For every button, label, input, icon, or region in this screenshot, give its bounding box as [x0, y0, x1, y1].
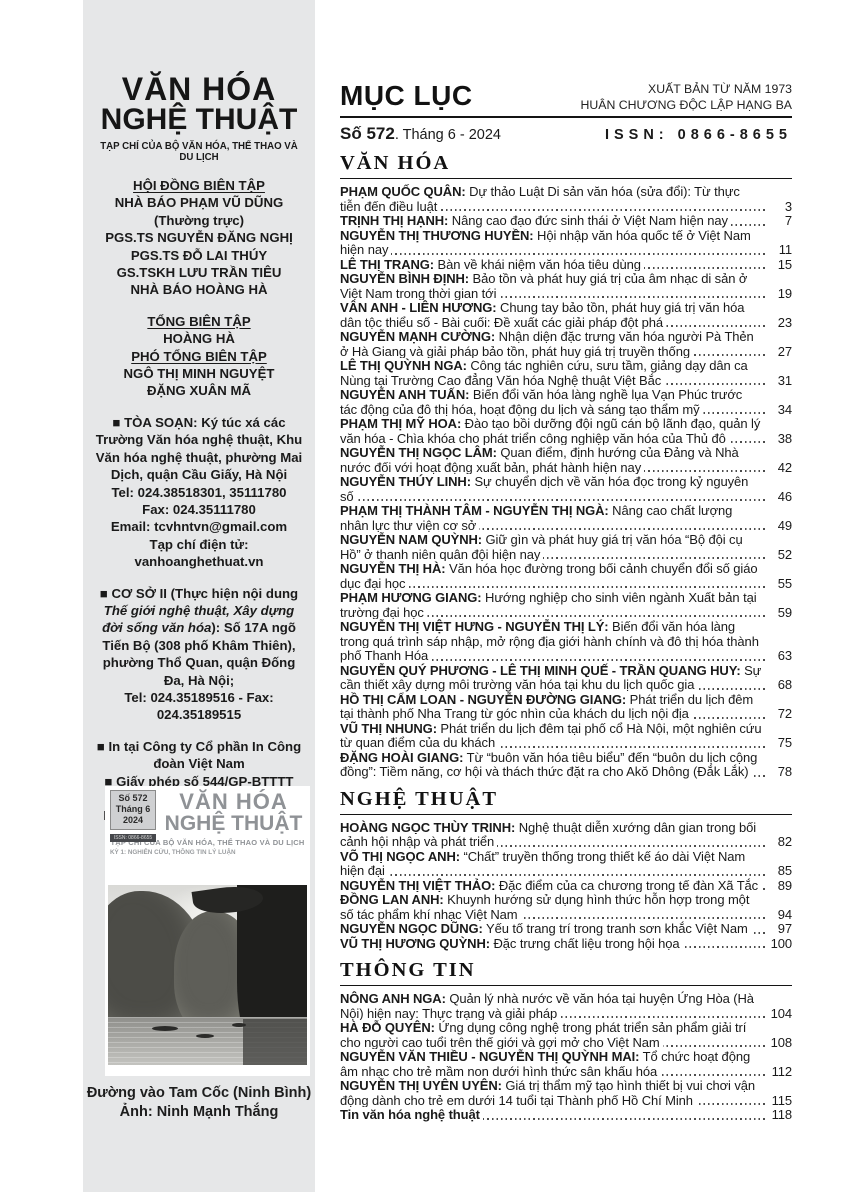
entry-text: HOÀNG NGỌC THÙY TRINH: Nghệ thuật diễn x…: [340, 820, 756, 850]
board-member: NHÀ BÁO PHẠM VŨ DŨNG: [93, 194, 305, 211]
entry-text: NGUYỄN MẠNH CƯỜNG: Nhận diện đặc trưng v…: [340, 329, 754, 359]
section-rule: [340, 985, 792, 986]
toc-entry: NGUYỄN VĂN THIỀU - NGUYỄN THỊ QUỲNH MAI:…: [340, 1050, 792, 1079]
cover-caption-line-1: Đường vào Tam Cốc (Ninh Bình): [83, 1084, 315, 1103]
section-rule: [340, 814, 792, 815]
page-title: MỤC LỤC: [340, 80, 473, 112]
board-heading: HỘI ĐỒNG BIÊN TẬP: [93, 177, 305, 194]
toc-entry: NGUYỄN NGỌC DŨNG: Yếu tố trang trí trong…: [340, 922, 792, 937]
issue-info: Số 572. Tháng 6 - 2024: [340, 124, 501, 144]
cover-issn-strip: ISSN: 0866-8655: [110, 834, 156, 842]
entry-page-number: 63: [774, 649, 792, 664]
editorial-board: HỘI ĐỒNG BIÊN TẬP NHÀ BÁO PHẠM VŨ DŨNG(T…: [93, 177, 305, 299]
office-line: ■ TÒA SOẠN: Ký túc xá các Trường Văn hóa…: [93, 414, 305, 484]
branch-office-block: ■ CƠ SỞ II (Thực hiện nội dung Thế giới …: [93, 585, 305, 724]
entry-text: HỒ THỊ CẨM LOAN - NGUYỄN ĐƯỜNG GIANG: Ph…: [340, 692, 753, 722]
toc-entry: VŨ THỊ NHUNG: Phát triển du lịch đêm tại…: [340, 722, 792, 751]
entry-authors: PHẠM THỊ MỸ HOA:: [340, 416, 461, 431]
entry-authors: PHẠM QUỐC QUÂN:: [340, 184, 466, 199]
entry-text: NGUYỄN BÌNH ĐỊNH: Bảo tồn và phát huy gi…: [340, 271, 747, 301]
entry-page-number: 38: [774, 432, 792, 447]
entry-authors: HỒ THỊ CẨM LOAN - NGUYỄN ĐƯỜNG GIANG:: [340, 692, 626, 707]
board-member: PGS.TS NGUYỄN ĐĂNG NGHỊ: [93, 229, 305, 246]
entry-text: NGUYỄN VĂN THIỀU - NGUYỄN THỊ QUỲNH MAI:…: [340, 1049, 750, 1079]
issue-date: . Tháng 6 - 2024: [395, 127, 501, 143]
entry-page-number: 100: [767, 937, 792, 952]
cover-logo-line-1: VĂN HÓA: [160, 789, 307, 813]
entry-page-number: 75: [774, 736, 792, 751]
entry-page-number: 59: [774, 606, 792, 621]
entry-authors: Tin văn hóa nghệ thuật: [340, 1107, 480, 1122]
board-member: NHÀ BÁO HOÀNG HÀ: [93, 281, 305, 298]
deputy-heading: PHÓ TỔNG BIÊN TẬP: [93, 348, 305, 365]
deputy-name: ĐẶNG XUÂN MÃ: [93, 382, 305, 399]
entry-text: NGUYỄN THỊ UYÊN UYÊN: Giá trị thẩm mỹ tạ…: [340, 1078, 755, 1108]
issue-row: Số 572. Tháng 6 - 2024 ISSN: 0866-8655: [340, 124, 792, 144]
toc-entry: PHẠM QUỐC QUÂN: Dự thảo Luật Di sản văn …: [340, 185, 792, 214]
entry-authors: VÂN ANH - LIÊN HƯƠNG:: [340, 300, 497, 315]
entry-authors: NGUYỄN VĂN THIỀU - NGUYỄN THỊ QUỲNH MAI:: [340, 1049, 639, 1064]
toc-entry: NGUYỄN NAM QUỲNH: Giữ gìn và phát huy gi…: [340, 533, 792, 562]
toc-entry: HÀ ĐỖ QUYÊN: Ứng dụng công nghệ trong ph…: [340, 1021, 792, 1050]
entry-authors: NGUYỄN THỊ VIỆT HƯNG - NGUYỄN THỊ LÝ:: [340, 619, 609, 634]
toc-entry: NGUYỄN THỊ VIỆT THẢO: Đặc điểm của ca ch…: [340, 879, 792, 894]
toc-entry: PHẠM THỊ THÀNH TÂM - NGUYỄN THỊ NGÀ: Nân…: [340, 504, 792, 533]
toc-entry: HOÀNG NGỌC THÙY TRINH: Nghệ thuật diễn x…: [340, 821, 792, 850]
entry-page-number: 108: [767, 1036, 792, 1051]
entry-text: ĐẶNG HOÀI GIANG: Từ “buôn văn hóa tiêu b…: [340, 750, 757, 780]
board-members: NHÀ BÁO PHẠM VŨ DŨNG(Thường trực)PGS.TS …: [93, 194, 305, 298]
entry-authors: NGUYỄN ANH TUẤN:: [340, 387, 469, 402]
entry-page-number: 19: [774, 287, 792, 302]
entry-text: NGUYỄN NAM QUỲNH: Giữ gìn và phát huy gi…: [340, 532, 743, 562]
board-member: (Thường trực): [93, 212, 305, 229]
section-title: VĂN HÓA: [340, 152, 792, 175]
entry-text: TRỊNH THỊ HẠNH: Nâng cao đạo đức sinh th…: [340, 213, 731, 228]
entry-text: NGUYỄN THỊ THƯƠNG HUYỀN: Hội nhập văn hó…: [340, 228, 751, 258]
photo-boat: [232, 1023, 246, 1027]
toc-entry: PHẠM THỊ MỸ HOA: Đào tạo bồi dưỡng đội n…: [340, 417, 792, 446]
issn-label: ISSN:: [605, 127, 669, 143]
entry-authors: NGUYỄN THỊ NGỌC LÂM:: [340, 445, 497, 460]
cover-masthead: Số 572 Tháng 6 2024 ISSN: 0866-8655 VĂN …: [108, 789, 307, 885]
entry-page-number: 104: [767, 1007, 792, 1022]
cover-photo: [108, 885, 307, 1065]
published-since: XUẤT BẢN TỪ NĂM 1973: [581, 82, 792, 98]
entry-text: NGUYỄN QUÝ PHƯƠNG - LÊ THỊ MINH QUẾ - TR…: [340, 663, 761, 693]
toc-entry: NGUYỄN QUÝ PHƯƠNG - LÊ THỊ MINH QUẾ - TR…: [340, 664, 792, 693]
entry-page-number: 94: [774, 908, 792, 923]
entry-page-number: 34: [774, 403, 792, 418]
office-line: Fax: 024.35111780: [93, 501, 305, 518]
board-member: GS.TSKH LƯU TRẦN TIÊU: [93, 264, 305, 281]
toc-entry: NGUYỄN BÌNH ĐỊNH: Bảo tồn và phát huy gi…: [340, 272, 792, 301]
entry-authors: NGUYỄN THỊ THƯƠNG HUYỀN:: [340, 228, 534, 243]
entry-authors: HÀ ĐỖ QUYÊN:: [340, 1020, 435, 1035]
chief-name: HOÀNG HÀ: [93, 330, 305, 347]
cover-edition: KỲ 1: NGHIÊN CỨU, THÔNG TIN LÝ LUẬN: [110, 849, 307, 856]
branch-telfax: Tel: 024.35189516 - Fax: 024.35189515: [93, 689, 305, 724]
entry-text: LÊ THỊ QUỲNH NGA: Công tác nghiên cứu, s…: [340, 358, 748, 388]
entry-page-number: 89: [774, 879, 792, 894]
entry-authors: TRỊNH THỊ HẠNH:: [340, 213, 448, 228]
entry-text: Tin văn hóa nghệ thuật: [340, 1107, 483, 1122]
entry-authors: VŨ THỊ HƯƠNG QUỲNH:: [340, 936, 490, 951]
entry-text: NÔNG ANH NGA: Quản lý nhà nước về văn hó…: [340, 991, 754, 1021]
entry-authors: NGUYỄN BÌNH ĐỊNH:: [340, 271, 469, 286]
entry-text: VŨ THỊ NHUNG: Phát triển du lịch đêm tại…: [340, 721, 762, 751]
entry-page-number: 112: [768, 1065, 792, 1080]
entry-text: PHẠM HƯƠNG GIANG: Hướng nghiệp cho sinh …: [340, 590, 757, 620]
entry-page-number: 3: [781, 200, 792, 215]
toc-entry: ĐỒNG LAN ANH: Khuynh hướng sử dụng hình …: [340, 893, 792, 922]
deputy-name: NGÔ THỊ MINH NGUYỆT: [93, 365, 305, 382]
cover-issue-month: Tháng 6: [111, 804, 155, 815]
toc-entry: VÕ THỊ NGỌC ANH: “Chất” truyền thống tro…: [340, 850, 792, 879]
toc-entry: NGUYỄN THỊ UYÊN UYÊN: Giá trị thẩm mỹ tạ…: [340, 1079, 792, 1108]
photo-reflection: [243, 1019, 307, 1065]
branch-office-text: ■ CƠ SỞ II (Thực hiện nội dung Thế giới …: [93, 585, 305, 689]
entry-text: PHẠM THỊ THÀNH TÂM - NGUYỄN THỊ NGÀ: Nân…: [340, 503, 732, 533]
entry-text: NGUYỄN THỊ HÀ: Văn hóa học đường trong b…: [340, 561, 757, 591]
entry-page-number: 78: [774, 765, 792, 780]
toc-entry: NGUYỄN THỊ NGỌC LÂM: Quan điểm, định hướ…: [340, 446, 792, 475]
office-lines: ■ TÒA SOẠN: Ký túc xá các Trường Văn hóa…: [93, 414, 305, 571]
entry-page-number: 82: [774, 835, 792, 850]
toc-entry: NGUYỄN THỊ VIỆT HƯNG - NGUYỄN THỊ LÝ: Bi…: [340, 620, 792, 664]
toc-entry: NGUYỄN THỊ THƯƠNG HUYỀN: Hội nhập văn hó…: [340, 229, 792, 258]
cover-caption-line-2: Ảnh: Ninh Mạnh Thắng: [83, 1103, 315, 1122]
office-block: ■ TÒA SOẠN: Ký túc xá các Trường Văn hóa…: [93, 414, 305, 571]
photo-boat: [196, 1034, 214, 1038]
entry-text: HÀ ĐỖ QUYÊN: Ứng dụng công nghệ trong ph…: [340, 1020, 746, 1050]
entry-authors: LÊ THỊ QUỲNH NGA:: [340, 358, 467, 373]
branch-prefix: ■ CƠ SỞ II (Thực hiện nội dung: [100, 586, 298, 601]
cover-caption: Đường vào Tam Cốc (Ninh Bình) Ảnh: Ninh …: [83, 1084, 315, 1122]
entry-page-number: 52: [774, 548, 792, 563]
entry-text: LÊ THỊ TRANG: Bàn về khái niệm văn hóa t…: [340, 257, 644, 272]
entry-authors: PHẠM HƯƠNG GIANG:: [340, 590, 482, 605]
entry-text: VÂN ANH - LIÊN HƯƠNG: Chung tay bảo tồn,…: [340, 300, 744, 330]
entry-page-number: 7: [781, 214, 792, 229]
cover-logo-line-2: NGHỆ THUẬT: [160, 813, 307, 835]
entry-text: PHẠM THỊ MỸ HOA: Đào tạo bồi dưỡng đội n…: [340, 416, 760, 446]
toc-entry: NGUYỄN THÚY LINH: Sự chuyển dịch về văn …: [340, 475, 792, 504]
deputy-names: NGÔ THỊ MINH NGUYỆTĐẶNG XUÂN MÃ: [93, 365, 305, 400]
entry-authors: NGUYỄN NGỌC DŨNG:: [340, 921, 483, 936]
entry-text: ĐỒNG LAN ANH: Khuynh hướng sử dụng hình …: [340, 892, 749, 922]
entry-page-number: 23: [774, 316, 792, 331]
toc-entry: VÂN ANH - LIÊN HƯƠNG: Chung tay bảo tồn,…: [340, 301, 792, 330]
publisher-credentials: XUẤT BẢN TỪ NĂM 1973 HUÂN CHƯƠNG ĐỘC LẬP…: [581, 80, 792, 113]
cover-issue-year: 2024: [111, 815, 155, 826]
entry-authors: VÕ THỊ NGỌC ANH:: [340, 849, 460, 864]
toc-entry: NGUYỄN ANH TUẤN: Biến đổi văn hóa làng n…: [340, 388, 792, 417]
entry-authors: NGUYỄN THỊ HÀ:: [340, 561, 446, 576]
entry-authors: NÔNG ANH NGA:: [340, 991, 446, 1006]
entry-authors: NGUYỄN QUÝ PHƯƠNG - LÊ THỊ MINH QUẾ - TR…: [340, 663, 741, 678]
printing-line: ■ In tại Công ty Cổ phần In Công đoàn Vi…: [93, 738, 305, 773]
entry-authors: VŨ THỊ NHUNG:: [340, 721, 437, 736]
toc-entry: PHẠM HƯƠNG GIANG: Hướng nghiệp cho sinh …: [340, 591, 792, 620]
issue-number: Số 572: [340, 124, 395, 143]
entry-page-number: 118: [768, 1108, 792, 1123]
entry-page-number: 11: [775, 243, 792, 258]
entry-authors: NGUYỄN MẠNH CƯỜNG:: [340, 329, 495, 344]
toc-entry: VŨ THỊ HƯƠNG QUỲNH: Đặc trưng chất liệu …: [340, 937, 792, 952]
entry-page-number: 72: [774, 707, 792, 722]
entry-authors: ĐẶNG HOÀI GIANG:: [340, 750, 463, 765]
section-rule: [340, 178, 792, 179]
office-line: Tạp chí điện tử: vanhoanghethuat.vn: [93, 536, 305, 571]
entry-text: NGUYỄN ANH TUẤN: Biến đổi văn hóa làng n…: [340, 387, 742, 417]
entry-authors: LÊ THỊ TRANG:: [340, 257, 434, 272]
entry-authors: HOÀNG NGỌC THÙY TRINH:: [340, 820, 515, 835]
entry-page-number: 55: [774, 577, 792, 592]
entry-authors: NGUYỄN NAM QUỲNH:: [340, 532, 482, 547]
main-header-row: MỤC LỤC XUẤT BẢN TỪ NĂM 1973 HUÂN CHƯƠNG…: [340, 80, 792, 113]
toc-entry: LÊ THỊ TRANG: Bàn về khái niệm văn hóa t…: [340, 258, 792, 273]
entry-page-number: 27: [774, 345, 792, 360]
entry-page-number: 85: [774, 864, 792, 879]
entry-text: VÕ THỊ NGỌC ANH: “Chất” truyền thống tro…: [340, 849, 745, 879]
toc-entry: HỒ THỊ CẨM LOAN - NGUYỄN ĐƯỜNG GIANG: Ph…: [340, 693, 792, 722]
header-rule: [340, 116, 792, 118]
entry-page-number: 42: [774, 461, 792, 476]
toc-entry: NÔNG ANH NGA: Quản lý nhà nước về văn hó…: [340, 992, 792, 1021]
entry-page-number: 15: [774, 258, 792, 273]
entry-text: NGUYỄN NGỌC DŨNG: Yếu tố trang trí trong…: [340, 921, 751, 936]
entry-authors: ĐỒNG LAN ANH:: [340, 892, 444, 907]
section-title: NGHỆ THUẬT: [340, 788, 792, 811]
toc-entry: TRỊNH THỊ HẠNH: Nâng cao đạo đức sinh th…: [340, 214, 792, 229]
entry-page-number: 97: [774, 922, 792, 937]
main-content: MỤC LỤC XUẤT BẢN TỪ NĂM 1973 HUÂN CHƯƠNG…: [340, 80, 792, 1123]
entry-authors: PHẠM THỊ THÀNH TÂM - NGUYỄN THỊ NGÀ:: [340, 503, 609, 518]
photo-boat: [152, 1026, 178, 1031]
toc-entry: LÊ THỊ QUỲNH NGA: Công tác nghiên cứu, s…: [340, 359, 792, 388]
issn: ISSN: 0866-8655: [605, 127, 792, 143]
editor-in-chief-block: TỔNG BIÊN TẬP HOÀNG HÀ PHÓ TỔNG BIÊN TẬP…: [93, 313, 305, 400]
entry-text: NGUYỄN THỊ NGỌC LÂM: Quan điểm, định hướ…: [340, 445, 739, 475]
entry-page-number: 68: [774, 678, 792, 693]
section-title: THÔNG TIN: [340, 959, 792, 982]
office-line: Tel: 024.38518301, 35111780: [93, 484, 305, 501]
entry-authors: NGUYỄN THỊ UYÊN UYÊN:: [340, 1078, 502, 1093]
board-member: PGS.TS ĐỖ LAI THÚY: [93, 247, 305, 264]
toc-entry: ĐẶNG HOÀI GIANG: Từ “buôn văn hóa tiêu b…: [340, 751, 792, 780]
entry-page-number: 46: [774, 490, 792, 505]
magazine-tagline: TẠP CHÍ CỦA BỘ VĂN HÓA, THỂ THAO VÀ DU L…: [93, 141, 305, 163]
cover-issue-box: Số 572 Tháng 6 2024: [110, 790, 156, 830]
entry-page-number: 31: [774, 374, 792, 389]
toc-sections: VĂN HÓAPHẠM QUỐC QUÂN: Dự thảo Luật Di s…: [340, 152, 792, 1123]
magazine-logo-line-1: VĂN HÓA: [93, 74, 305, 104]
entry-text: NGUYỄN THỊ VIỆT HƯNG - NGUYỄN THỊ LÝ: Bi…: [340, 619, 759, 663]
entry-text: NGUYỄN THỊ VIỆT THẢO: Đặc điểm của ca ch…: [340, 878, 761, 893]
entry-page-number: 115: [768, 1094, 792, 1109]
toc-entry: NGUYỄN MẠNH CƯỜNG: Nhận diện đặc trưng v…: [340, 330, 792, 359]
entry-text: NGUYỄN THÚY LINH: Sự chuyển dịch về văn …: [340, 474, 748, 504]
entry-authors: NGUYỄN THỊ VIỆT THẢO:: [340, 878, 495, 893]
entry-text: PHẠM QUỐC QUÂN: Dự thảo Luật Di sản văn …: [340, 184, 740, 214]
magazine-logo-line-2: NGHỆ THUẬT: [93, 104, 305, 136]
cover-issue-number: Số 572: [111, 793, 155, 804]
office-line: Email: tcvhntvn@gmail.com: [93, 518, 305, 535]
entry-page-number: 49: [774, 519, 792, 534]
toc-entry: Tin văn hóa nghệ thuật118: [340, 1108, 792, 1123]
chief-heading: TỔNG BIÊN TẬP: [93, 313, 305, 330]
entry-authors: NGUYỄN THÚY LINH:: [340, 474, 471, 489]
page: VĂN HÓA NGHỆ THUẬT TẠP CHÍ CỦA BỘ VĂN HÓ…: [0, 0, 863, 1200]
toc-entry: NGUYỄN THỊ HÀ: Văn hóa học đường trong b…: [340, 562, 792, 591]
cover-thumbnail: Số 572 Tháng 6 2024 ISSN: 0866-8655 VĂN …: [105, 786, 310, 1076]
issn-value: 0866-8655: [678, 127, 792, 143]
award-text: HUÂN CHƯƠNG ĐỘC LẬP HẠNG BA: [581, 98, 792, 114]
sidebar: VĂN HÓA NGHỆ THUẬT TẠP CHÍ CỦA BỘ VĂN HÓ…: [83, 0, 315, 1192]
entry-text: VŨ THỊ HƯƠNG QUỲNH: Đặc trưng chất liệu …: [340, 936, 683, 951]
